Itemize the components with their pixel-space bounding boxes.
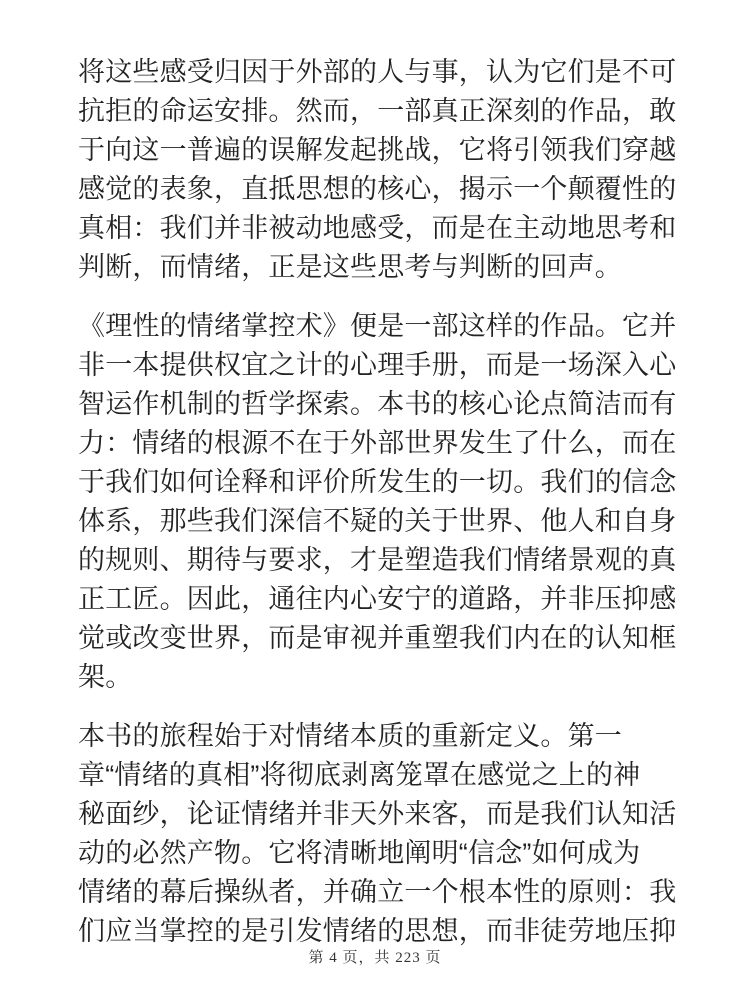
document-body: 将这些感受归因于外部的人与事，认为它们是不可抗拒的命运安排。然而，一部真正深刻的… bbox=[78, 53, 680, 951]
text-line: 的规则、期待与要求，才是塑造我们情绪景观的真 bbox=[78, 541, 680, 580]
text-line: 正工匠。因此，通往内心安宁的道路，并非压抑感 bbox=[78, 580, 680, 619]
text-line: 架。 bbox=[78, 658, 680, 697]
page-number-text: 第 4 页，共 223 页 bbox=[308, 950, 441, 966]
text-line: 章“情绪的真相”将彻底剥离笼罩在感觉之上的神 bbox=[78, 756, 680, 795]
text-line: 将这些感受归因于外部的人与事，认为它们是不可 bbox=[78, 53, 680, 92]
page-number-footer: 第 4 页，共 223 页 bbox=[0, 946, 750, 967]
text-line: 秘面纱，论证情绪并非天外来客，而是我们认知活 bbox=[78, 795, 680, 834]
paragraph: 将这些感受归因于外部的人与事，认为它们是不可抗拒的命运安排。然而，一部真正深刻的… bbox=[78, 53, 680, 287]
document-page: 将这些感受归因于外部的人与事，认为它们是不可抗拒的命运安排。然而，一部真正深刻的… bbox=[0, 0, 750, 1000]
text-line: 情绪的幕后操纵者，并确立一个根本性的原则：我 bbox=[78, 873, 680, 912]
text-line: 智运作机制的哲学探索。本书的核心论点简洁而有 bbox=[78, 385, 680, 424]
text-line: 觉或改变世界，而是审视并重塑我们内在的认知框 bbox=[78, 619, 680, 658]
text-line: 于向这一普遍的误解发起挑战，它将引领我们穿越 bbox=[78, 131, 680, 170]
text-line: 《理性的情绪掌控术》便是一部这样的作品。它并 bbox=[78, 307, 680, 346]
text-line: 非一本提供权宜之计的心理手册，而是一场深入心 bbox=[78, 346, 680, 385]
text-line: 判断，而情绪，正是这些思考与判断的回声。 bbox=[78, 248, 680, 287]
paragraph: 《理性的情绪掌控术》便是一部这样的作品。它并非一本提供权宜之计的心理手册，而是一… bbox=[78, 307, 680, 697]
text-line: 动的必然产物。它将清晰地阐明“信念”如何成为 bbox=[78, 834, 680, 873]
paragraph: 本书的旅程始于对情绪本质的重新定义。第一章“情绪的真相”将彻底剥离笼罩在感觉之上… bbox=[78, 717, 680, 951]
text-line: 本书的旅程始于对情绪本质的重新定义。第一 bbox=[78, 717, 680, 756]
text-line: 感觉的表象，直抵思想的核心，揭示一个颠覆性的 bbox=[78, 170, 680, 209]
text-line: 抗拒的命运安排。然而，一部真正深刻的作品，敢 bbox=[78, 92, 680, 131]
text-line: 于我们如何诠释和评价所发生的一切。我们的信念 bbox=[78, 463, 680, 502]
text-line: 真相：我们并非被动地感受，而是在主动地思考和 bbox=[78, 209, 680, 248]
text-line: 力：情绪的根源不在于外部世界发生了什么，而在 bbox=[78, 424, 680, 463]
text-line: 体系，那些我们深信不疑的关于世界、他人和自身 bbox=[78, 502, 680, 541]
